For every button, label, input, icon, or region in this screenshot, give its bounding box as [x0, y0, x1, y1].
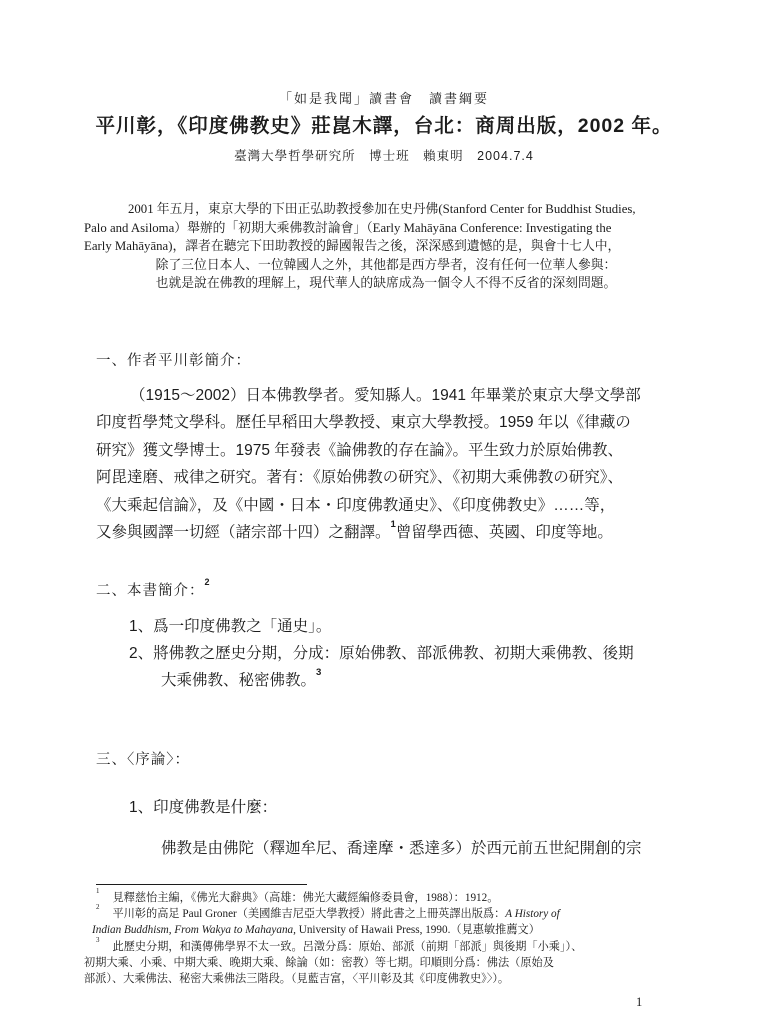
footnote-ref-3: 3	[316, 667, 321, 678]
paragraph-text: 曾留學西德、英國、印度等地。	[396, 524, 613, 541]
footnote-text: 此歷史分期，和漢傳佛學界不太一致。呂澂分爲：原始、部派（前期「部派」與後期「小乘…	[112, 941, 582, 953]
section-2-list-item-2-line-1: 2、將佛教之歷史分期，分成：原始佛教、部派佛教、初期大乘佛教、後期	[129, 641, 634, 663]
section-1-heading: 一、作者平川彰簡介：	[96, 349, 251, 370]
heading-text: 二、本書簡介：	[96, 583, 205, 599]
section-2-list-item-1: 1、爲一印度佛教之「通史」。	[129, 614, 331, 636]
intro-line: 除了三位日本人、一位韓國人之外，其他都是西方學者，沒有任何一位華人參與：	[84, 256, 688, 275]
intro-paragraph: 2001 年五月，東京大學的下田正弘助教授參加在史丹佛(Stanford Cen…	[84, 200, 688, 293]
intro-line: Palo and Asiloma）舉辦的「初期大乘佛教討論會」（Early Ma…	[84, 219, 688, 238]
paragraph-line: 《大乘起信論》，及《中國・日本・印度佛教通史》、《印度佛教史》……等，	[96, 492, 676, 519]
author-byline: 臺灣大學哲學研究所 博士班 賴東明 2004.7.4	[0, 146, 768, 164]
book-title-italic: A History of	[505, 908, 560, 920]
document-page: 「如是我聞」讀書會 讀書綱要 平川彰，《印度佛教史》莊崑木譯，台北：商周出版，2…	[0, 0, 768, 1024]
section-1-paragraph: （1915～2002）日本佛教學者。愛知縣人。1941 年畢業於東京大學文學部 …	[96, 382, 676, 546]
footnote-2-line-1: 2平川彰的高足 Paul Groner（美國維吉尼亞大學教授）將此書之上冊英譯出…	[96, 906, 560, 922]
intro-line: Early Mahāyāna)，譯者在聽完下田助教授的歸國報告之後，深深感到遺憾…	[84, 237, 688, 256]
footnote-3-line-3: 部派）、大乘佛法、秘密大乘佛法三階段。（見藍吉富，〈平川彰及其《印度佛教史》〉）…	[84, 971, 509, 987]
footnote-number: 3	[96, 936, 99, 944]
paragraph-text: 又參與國譯一切經（諸宗部十四）之翻譯。	[96, 524, 391, 541]
paragraph-line: （1915～2002）日本佛教學者。愛知縣人。1941 年畢業於東京大學文學部	[96, 382, 676, 409]
paragraph-line: 研究》獲文學博士。1975 年發表《論佛教的存在論》。平生致力於原始佛教、	[96, 437, 676, 464]
footnote-separator	[96, 884, 307, 885]
footnote-3-line-2: 初期大乘、小乘、中期大乘、晚期大乘、餘論（如：密教）等七期。印順則分爲：佛法（原…	[84, 955, 554, 971]
footnote-number: 1	[96, 887, 99, 895]
document-title: 平川彰，《印度佛教史》莊崑木譯，台北：商周出版，2002 年。	[0, 110, 768, 138]
footnote-ref-1: 1	[391, 519, 396, 530]
footnote-number: 2	[96, 903, 99, 911]
page-number: 1	[636, 995, 642, 1010]
section-3-sub-item: 1、印度佛教是什麼：	[129, 795, 277, 817]
section-3-paragraph-line: 佛教是由佛陀（釋迦牟尼、喬達摩・悉達多）於西元前五世紀開創的宗	[161, 836, 642, 858]
book-title-italic: Indian Buddhism, From Wakya to Mahayana,	[92, 924, 296, 936]
reading-club-line: 「如是我聞」讀書會 讀書綱要	[0, 88, 768, 107]
list-item-text: 大乘佛教、秘密佛教。	[161, 672, 316, 689]
section-3-heading: 三、〈序論〉：	[96, 748, 190, 769]
section-2-list-item-2-line-2: 大乘佛教、秘密佛教。3	[161, 668, 321, 690]
intro-line: 也就是說在佛教的理解上，現代華人的缺席成為一個令人不得不反省的深刻問題。	[84, 274, 688, 293]
footnote-3-line-1: 3此歷史分期，和漢傳佛學界不太一致。呂澂分爲：原始、部派（前期「部派」與後期「小…	[96, 939, 582, 955]
section-2-heading: 二、本書簡介：2	[96, 579, 211, 600]
footnote-text: 平川彰的高足 Paul Groner（美國維吉尼亞大學教授）將此書之上冊英譯出版…	[112, 908, 505, 920]
footnote-ref-2: 2	[205, 577, 211, 587]
intro-line: 2001 年五月，東京大學的下田正弘助教授參加在史丹佛(Stanford Cen…	[84, 200, 688, 219]
paragraph-line: 印度哲學梵文學科。歷任早稻田大學教授、東京大學教授。1959 年以《律藏の	[96, 409, 676, 436]
footnote-1: 1見釋慈怡主編，《佛光大辭典》（高雄：佛光大藏經編修委員會，1988）：1912…	[96, 890, 498, 906]
footnote-2-line-2: Indian Buddhism, From Wakya to Mahayana,…	[92, 922, 540, 938]
footnote-text: 見釋慈怡主編，《佛光大辭典》（高雄：佛光大藏經編修委員會，1988）：1912。	[112, 892, 498, 904]
paragraph-line: 阿毘達磨、戒律之研究。著有：《原始佛教の研究》、《初期大乘佛教の研究》、	[96, 464, 676, 491]
footnote-text: University of Hawaii Press, 1990.（見惠敏推薦文…	[296, 924, 540, 936]
paragraph-line: 又參與國譯一切經（諸宗部十四）之翻譯。1曾留學西德、英國、印度等地。	[96, 519, 676, 546]
